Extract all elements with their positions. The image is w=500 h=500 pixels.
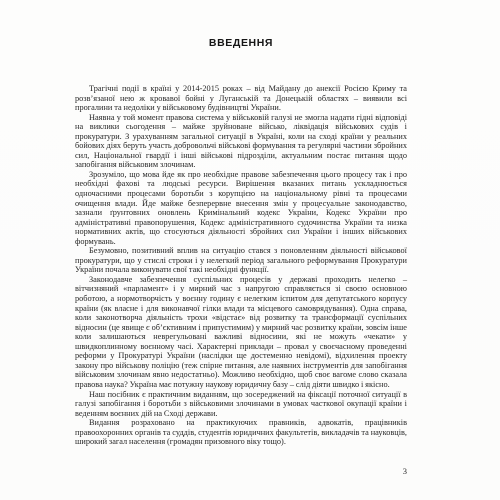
paragraph: Зрозуміло, що мова йде як про необхідне … — [75, 170, 407, 246]
chapter-title: ВВЕДЕННЯ — [75, 37, 407, 49]
page-number: 3 — [75, 466, 407, 476]
paragraph: Наш посібник є практичним виданням, що з… — [75, 390, 407, 419]
paragraph: Законодавче забезпечення суспільних проц… — [75, 275, 407, 390]
body-text: Трагічні події в країні у 2014-2015 рока… — [75, 84, 407, 447]
paragraph: Безумовно, позитивний вплив на ситуацію … — [75, 246, 407, 275]
paragraph: Трагічні події в країні у 2014-2015 рока… — [75, 84, 407, 113]
paragraph: Наявна у той момент правова система у ві… — [75, 113, 407, 170]
document-page: ВВЕДЕННЯ Трагічні події в країні у 2014-… — [0, 0, 500, 500]
paragraph: Видання розраховано на практикуючих прав… — [75, 418, 407, 447]
